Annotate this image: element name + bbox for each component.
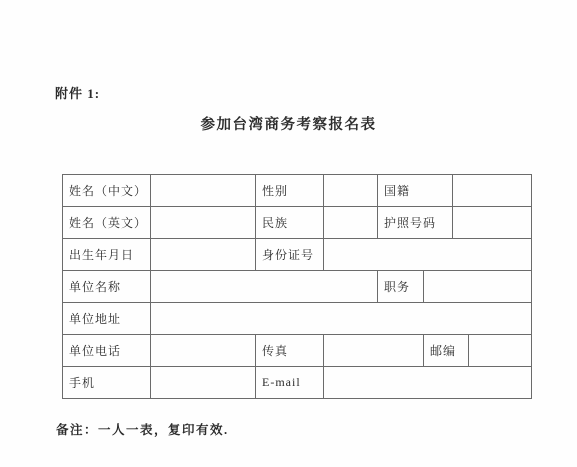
field-label-cell: E-mail — [256, 367, 324, 399]
field-label-cell: 护照号码 — [378, 207, 453, 239]
field-value-cell — [324, 175, 378, 207]
field-label-cell: 手机 — [63, 367, 151, 399]
table-row: 单位地址 — [63, 303, 532, 335]
field-value-cell — [453, 207, 532, 239]
table-row: 单位电话传真邮编 — [63, 335, 532, 367]
field-label-cell: 邮编 — [424, 335, 469, 367]
field-label-cell: 姓名（英文） — [63, 207, 151, 239]
field-value-cell — [151, 271, 378, 303]
registration-table: 姓名（中文）性别国籍姓名（英文）民族护照号码出生年月日身份证号单位名称职务单位地… — [62, 174, 532, 399]
field-value-cell — [151, 207, 256, 239]
field-label-cell: 民族 — [256, 207, 324, 239]
field-value-cell — [151, 335, 256, 367]
field-value-cell — [324, 239, 532, 271]
field-label-cell: 姓名（中文） — [63, 175, 151, 207]
table-row: 手机E-mail — [63, 367, 532, 399]
field-label-cell: 传真 — [256, 335, 324, 367]
document-page: 附件 1: 参加台湾商务考察报名表 姓名（中文）性别国籍姓名（英文）民族护照号码… — [0, 0, 577, 467]
field-label-cell: 出生年月日 — [63, 239, 151, 271]
field-label-cell: 身份证号 — [256, 239, 324, 271]
field-value-cell — [324, 207, 378, 239]
table-row: 出生年月日身份证号 — [63, 239, 532, 271]
table-row: 姓名（英文）民族护照号码 — [63, 207, 532, 239]
footer-note: 备注：一人一表，复印有效. — [56, 420, 229, 438]
field-value-cell — [151, 175, 256, 207]
field-value-cell — [469, 335, 532, 367]
field-label-cell: 职务 — [378, 271, 424, 303]
form-title: 参加台湾商务考察报名表 — [0, 113, 577, 134]
field-value-cell — [424, 271, 532, 303]
field-value-cell — [324, 335, 424, 367]
field-label-cell: 单位电话 — [63, 335, 151, 367]
field-value-cell — [453, 175, 532, 207]
field-label-cell: 性别 — [256, 175, 324, 207]
field-label-cell: 国籍 — [378, 175, 453, 207]
field-value-cell — [151, 303, 532, 335]
field-value-cell — [324, 367, 532, 399]
field-value-cell — [151, 239, 256, 271]
field-value-cell — [151, 367, 256, 399]
table-row: 姓名（中文）性别国籍 — [63, 175, 532, 207]
field-label-cell: 单位地址 — [63, 303, 151, 335]
attachment-label: 附件 1: — [55, 83, 100, 102]
table-row: 单位名称职务 — [63, 271, 532, 303]
field-label-cell: 单位名称 — [63, 271, 151, 303]
